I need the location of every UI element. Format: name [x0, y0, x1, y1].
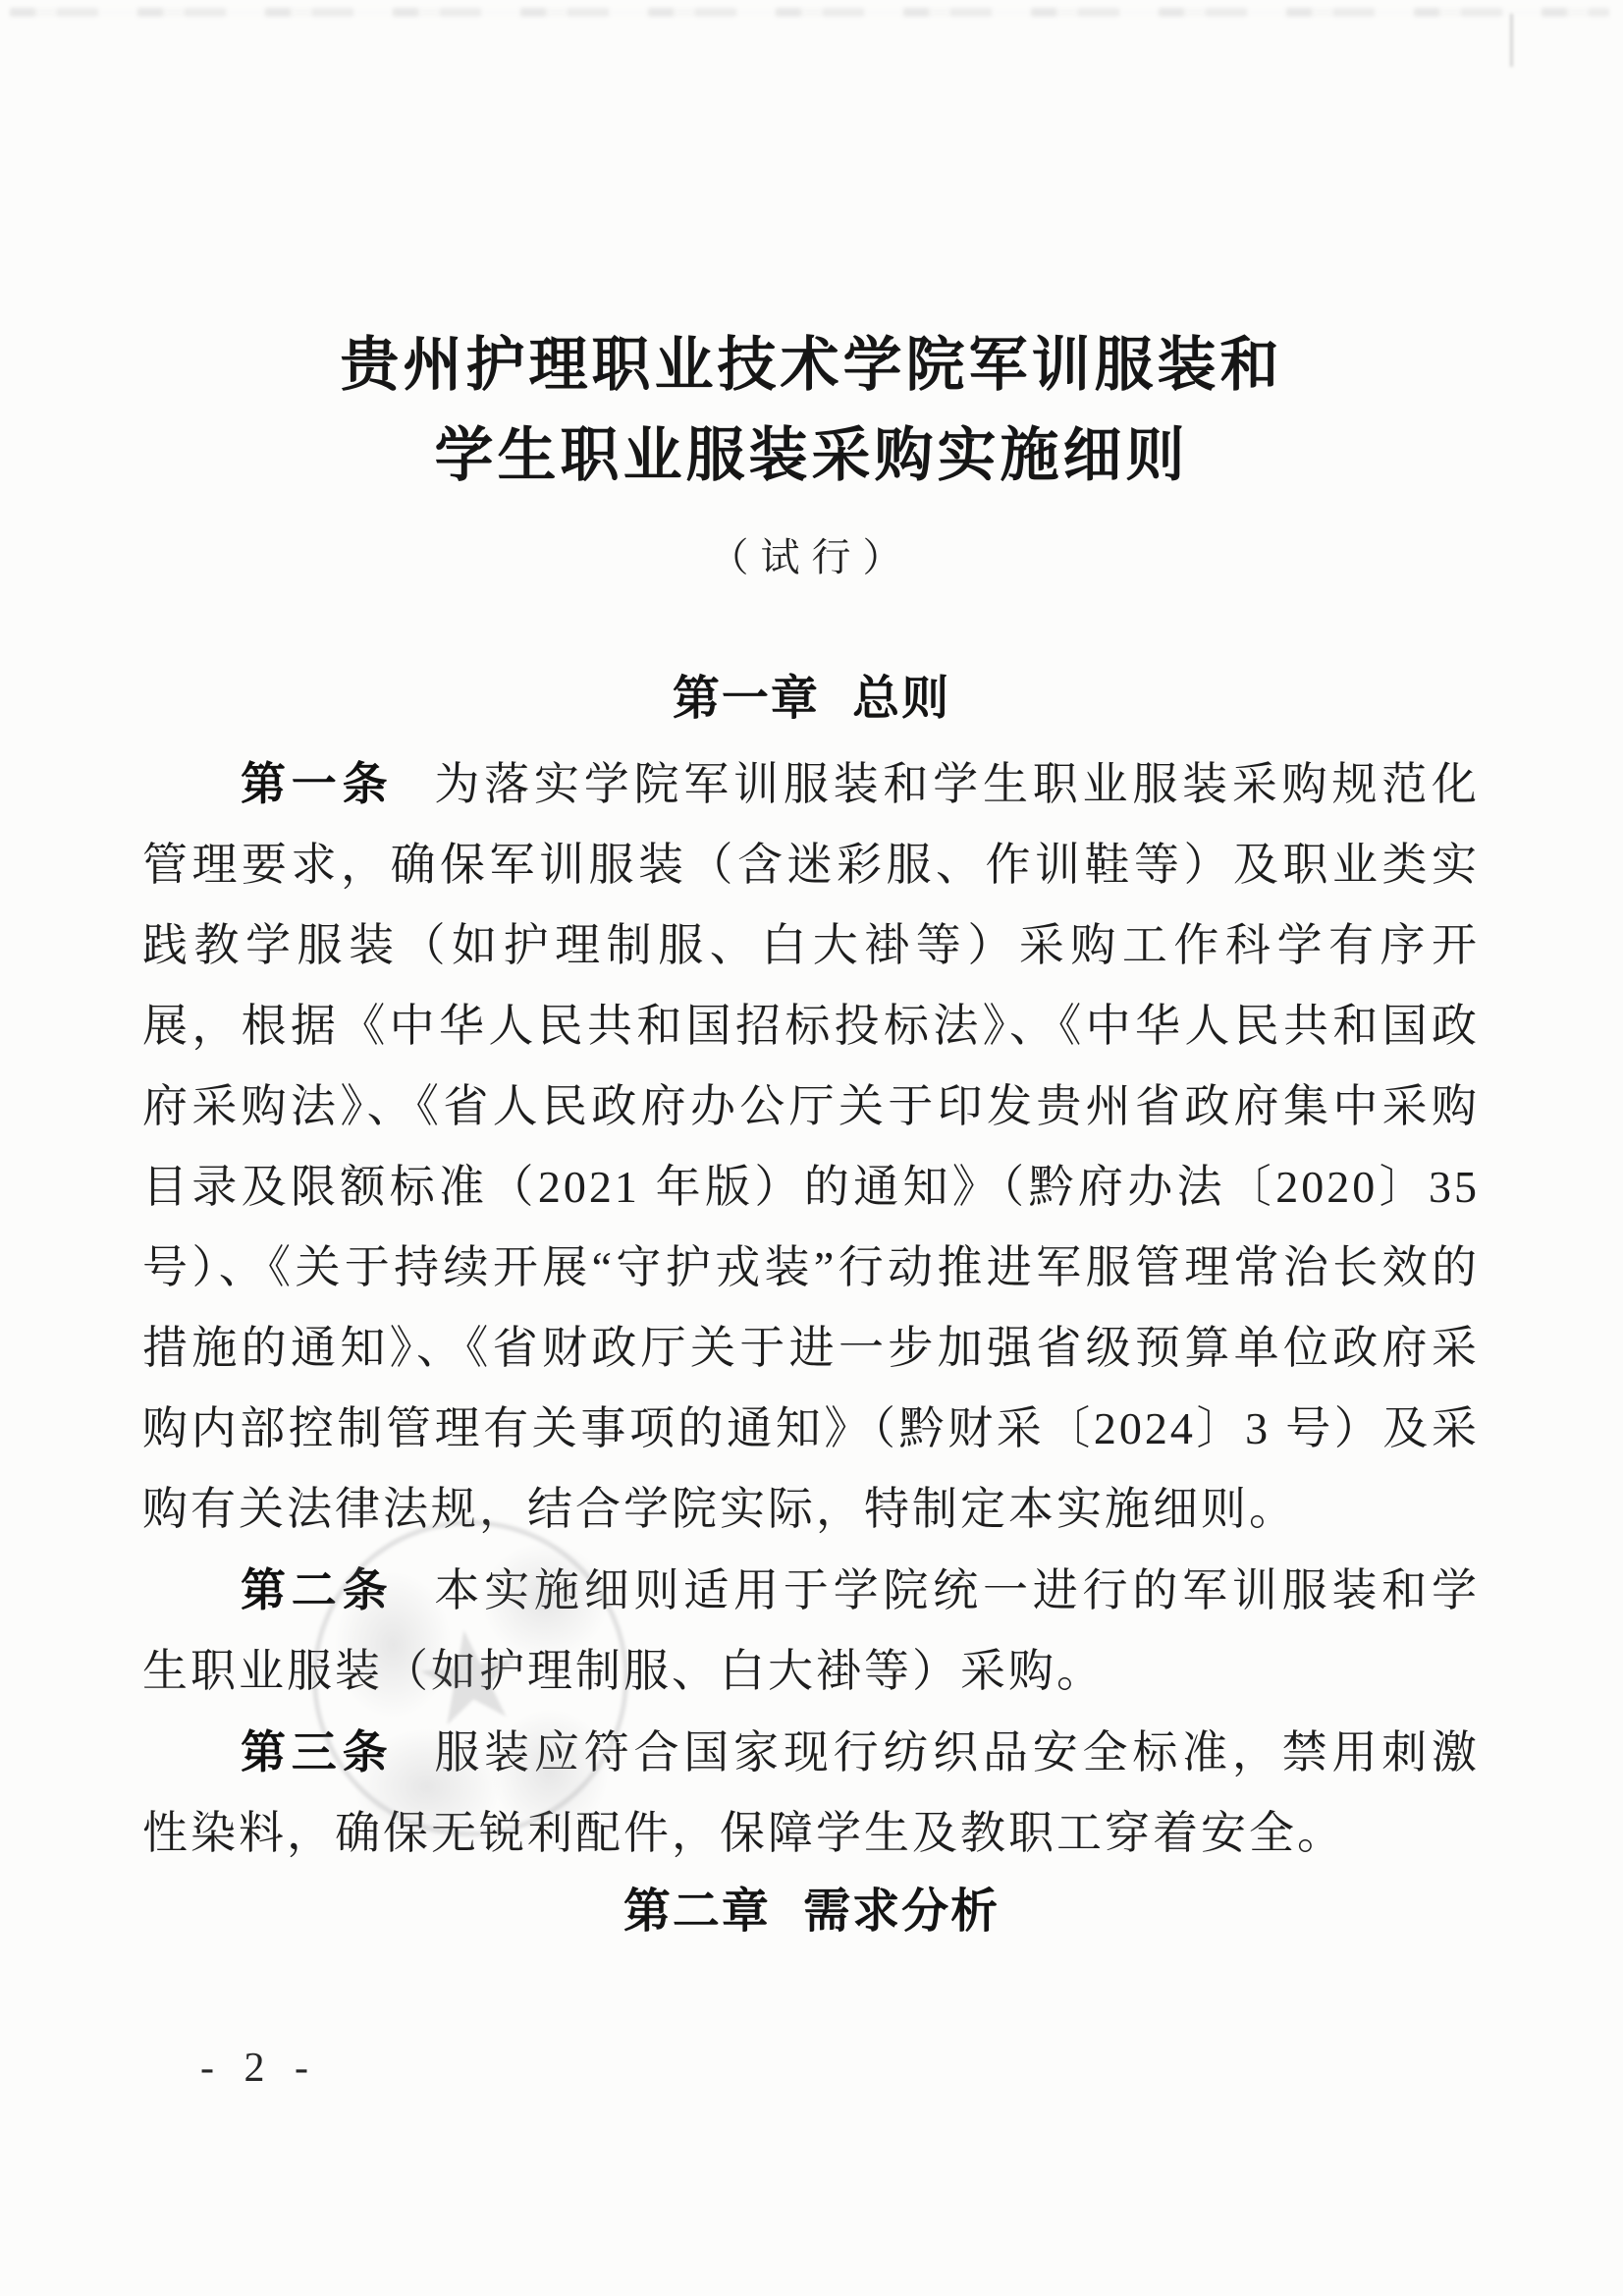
- article-1: 第一条为落实学院军训服装和学生职业服装采购规范化管理要求，确保军训服装（含迷彩服…: [142, 743, 1480, 1550]
- scanned-document-page: ★ 贵州护理职业技术学院军训服装和 学生职业服装采购实施细则 （试行） 第一章 …: [0, 0, 1623, 2296]
- title-line-1: 贵州护理职业技术学院军训服装和: [0, 320, 1623, 410]
- document-subtitle: （试行）: [0, 526, 1623, 582]
- seal-smudge: [481, 1542, 609, 1660]
- page-number: - 2 -: [200, 2045, 318, 2092]
- chapter-1-heading: 第一章 总则: [0, 667, 1623, 732]
- seal-smudge: [334, 1571, 452, 1719]
- title-line-2: 学生职业服装采购实施细则: [0, 410, 1623, 501]
- article-1-label: 第一条: [241, 758, 393, 809]
- seal-smudge: [491, 1709, 609, 1836]
- article-1-text: 为落实学院军训服装和学生职业服装采购规范化管理要求，确保军训服装（含迷彩服、作训…: [142, 759, 1480, 1534]
- scan-artifact-top: [10, 8, 1609, 17]
- scan-artifact-mark: [1510, 14, 1513, 67]
- document-title: 贵州护理职业技术学院军训服装和 学生职业服装采购实施细则: [0, 0, 1623, 501]
- chapter-2-heading: 第二章 需求分析: [0, 1880, 1623, 1944]
- seal-smudge: [353, 1728, 501, 1846]
